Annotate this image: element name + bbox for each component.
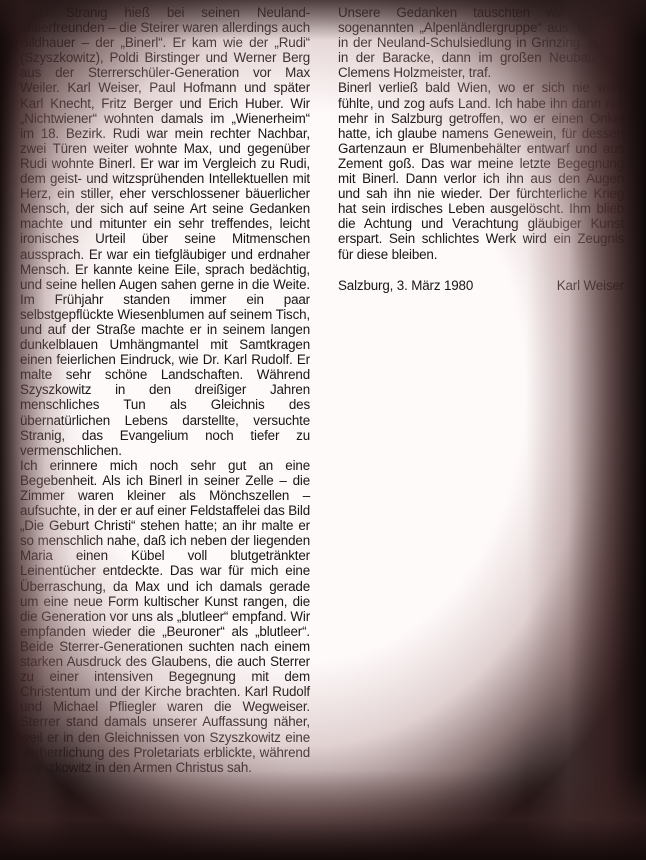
right-text-column: Unsere Gedanken tauschten wir in der sog… — [338, 5, 624, 293]
author-name: Karl Weiser — [557, 278, 624, 293]
paragraph: Unsere Gedanken tauschten wir in der sog… — [338, 5, 624, 80]
paragraph: Binerl verließ bald Wien, wo er sich nie… — [338, 80, 624, 261]
place-date: Salzburg, 3. März 1980 — [338, 278, 473, 293]
paragraph: Albin Stranig hieß bei seinen Neuland-Ma… — [20, 5, 310, 458]
signature-line: Salzburg, 3. März 1980 Karl Weiser — [338, 278, 624, 293]
scanned-page: Albin Stranig hieß bei seinen Neuland-Ma… — [0, 0, 646, 860]
left-text-column: Albin Stranig hieß bei seinen Neuland-Ma… — [20, 5, 310, 775]
paragraph: Ich erinnere mich noch sehr gut an eine … — [20, 458, 310, 775]
